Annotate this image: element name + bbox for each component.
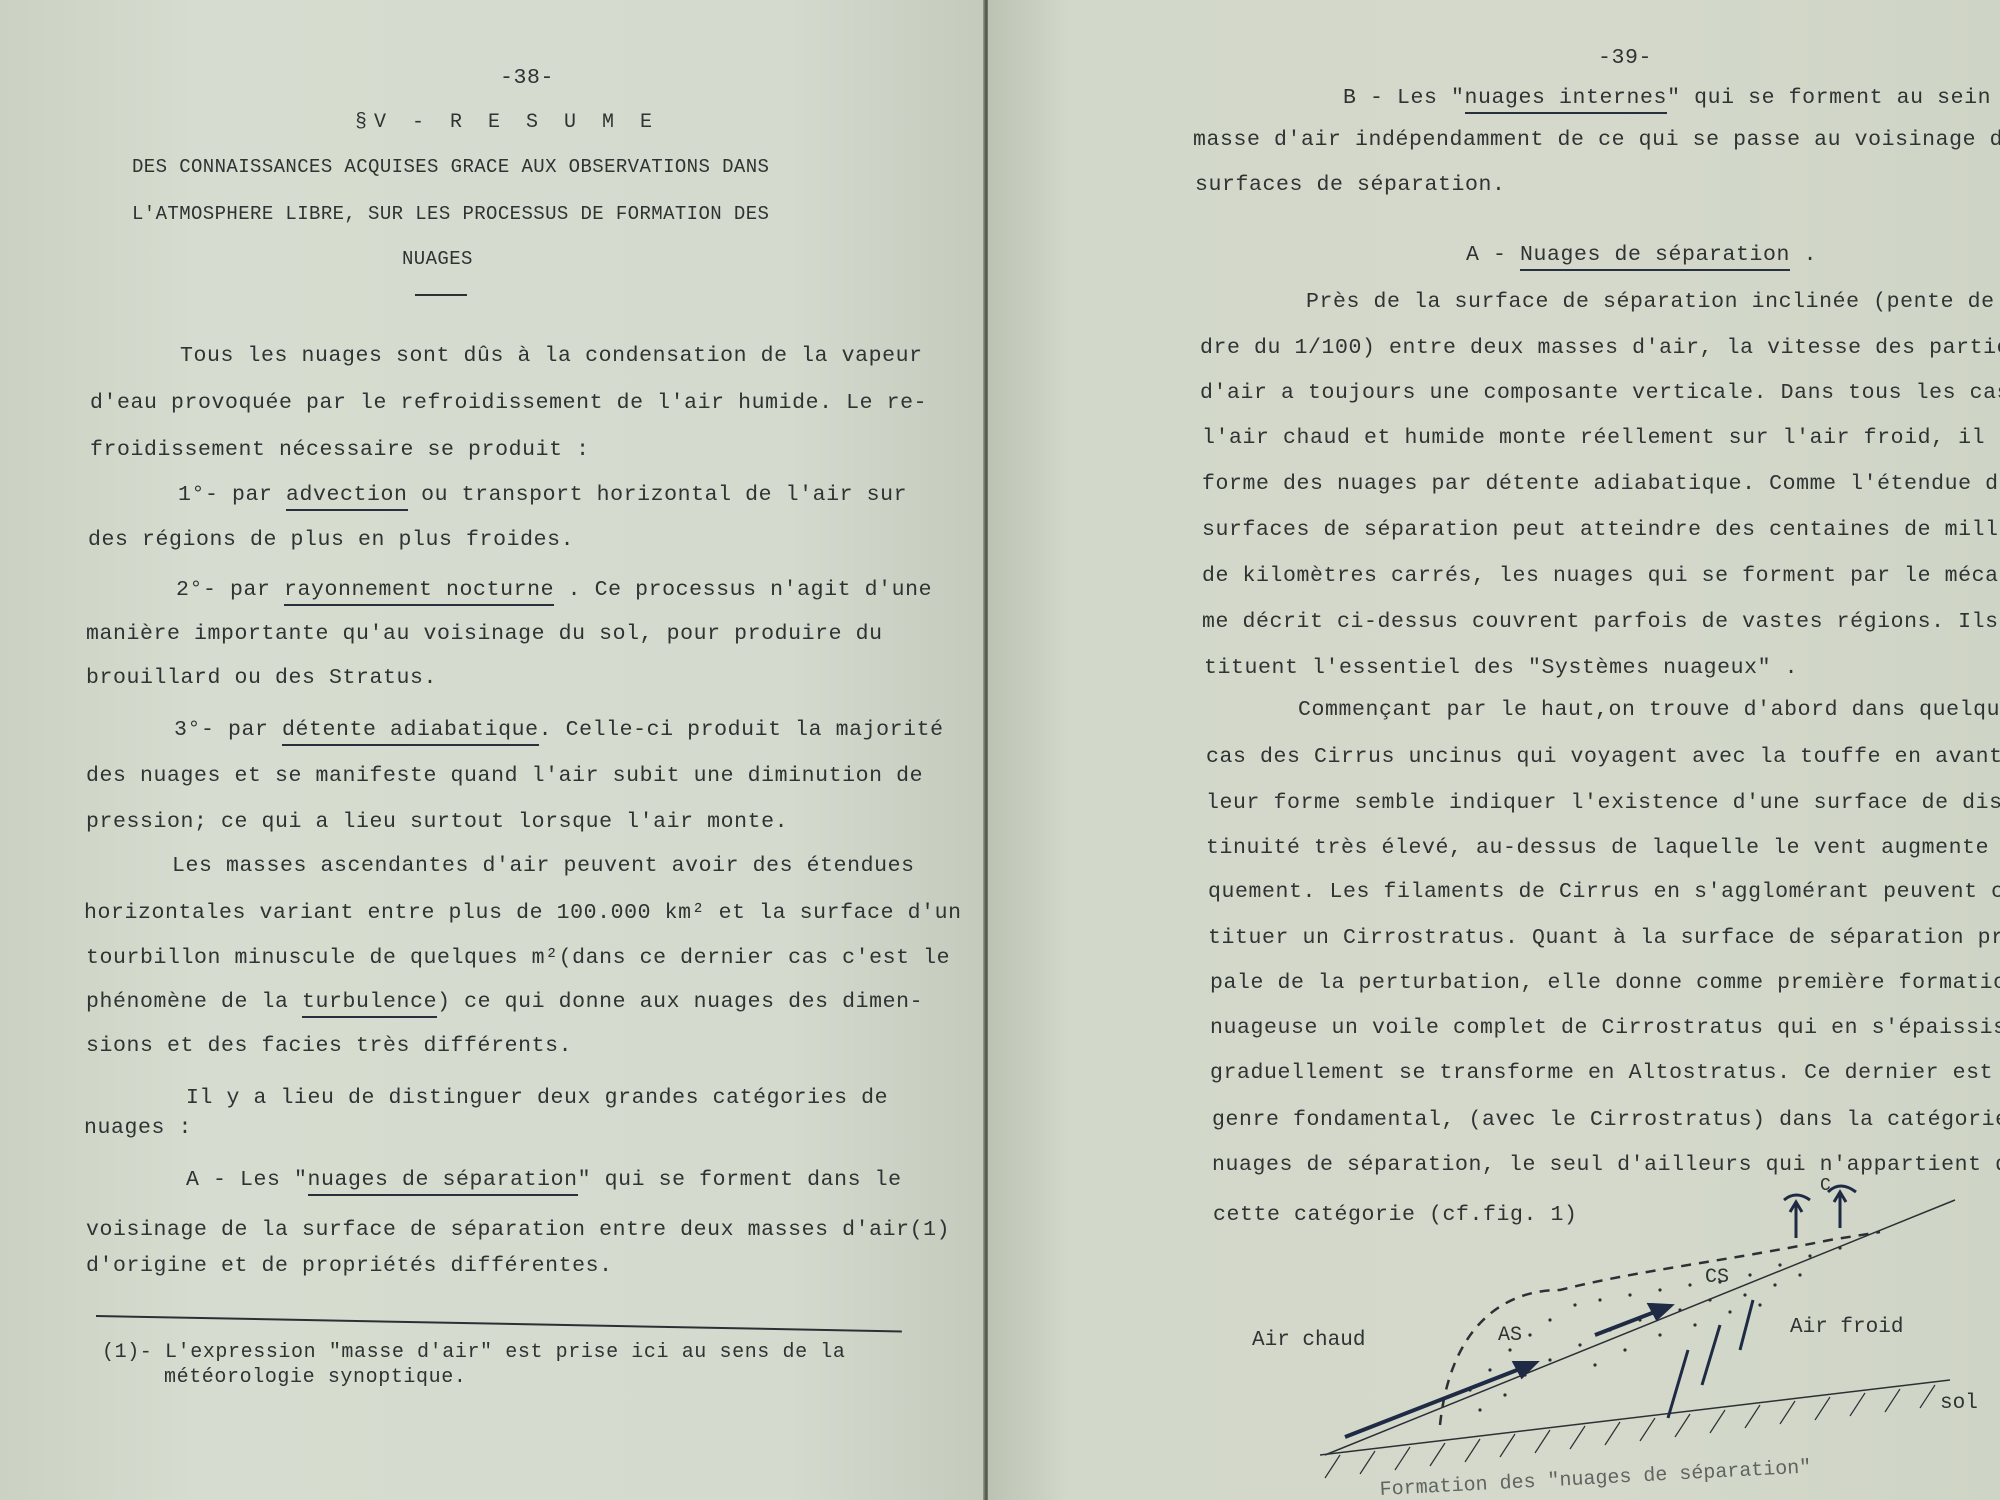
surface-line: [1320, 1380, 1950, 1455]
right-page: -39- B - Les "nuages internes" qui se fo…: [988, 0, 2000, 1500]
item-3-line-3: pression; ce qui a lieu surtout lorsque …: [86, 812, 788, 834]
intro-line-2: d'eau provoquée par le refroidissement d…: [90, 393, 927, 415]
title-line-2: L'ATMOSPHERE LIBRE, SUR LES PROCESSUS DE…: [132, 205, 769, 224]
title-line-3: NUAGES: [402, 250, 473, 269]
title-line-1: DES CONNAISSANCES ACQUISES GRACE AUX OBS…: [132, 158, 769, 177]
label-cold-air: Air froid: [1790, 1316, 1903, 1339]
masses-line-1: Les masses ascendantes d'air peuvent avo…: [172, 856, 915, 878]
category-a-line-2: voisinage de la surface de séparation en…: [86, 1220, 950, 1242]
footnote-line-1: (1)- L'expression "masse d'air" est pris…: [102, 1343, 846, 1363]
label-cirrus: C: [1820, 1176, 1831, 1196]
term-rayonnement-nocturne: rayonnement nocturne: [284, 578, 554, 606]
item-2-line-3: brouillard ou des Stratus.: [86, 668, 437, 690]
item-2-line-2: manière importante qu'au voisinage du so…: [86, 624, 883, 646]
item-3-line-2: des nuages et se manifeste quand l'air s…: [86, 766, 923, 788]
item-1: 1°- par advection ou transport horizonta…: [178, 485, 907, 507]
footnote-divider: [96, 1315, 902, 1332]
categories-line-2: nuages :: [84, 1118, 192, 1140]
categories-line-1: Il y a lieu de distinguer deux grandes c…: [186, 1088, 888, 1110]
item-1-line-2: des régions de plus en plus froides.: [88, 530, 574, 552]
label-ground: sol: [1940, 1392, 1978, 1415]
label-warm-air: Air chaud: [1252, 1329, 1365, 1352]
label-cirrostratus: CS: [1705, 1266, 1729, 1289]
masses-line-3: tourbillon minuscule de quelques m²(dans…: [86, 948, 950, 970]
item-3: 3°- par détente adiabatique. Celle-ci pr…: [174, 720, 944, 742]
intro-line-1: Tous les nuages sont dûs à la condensati…: [180, 346, 923, 368]
term-turbulence: turbulence: [302, 990, 437, 1018]
footnote-line-2: météorologie synoptique.: [164, 1368, 466, 1388]
page-number: -38-: [500, 68, 554, 90]
left-page: -38- §V - R E S U M E DES CONNAISSANCES …: [0, 0, 985, 1500]
cold-air-arrows: [1668, 1300, 1753, 1418]
ground-hatching: [1325, 1385, 1935, 1478]
item-2: 2°- par rayonnement nocturne . Ce proces…: [176, 580, 932, 602]
category-a: A - Les "nuages de séparation" qui se fo…: [186, 1170, 902, 1192]
figure-frontal-cloud-diagram: Air chaud Air froid sol AS CS C Formatio…: [988, 0, 2000, 1500]
section-heading: §V - R E S U M E: [355, 113, 659, 133]
category-a-line-3: d'origine et de propriétés différentes.: [86, 1256, 613, 1278]
term-advection: advection: [286, 483, 408, 511]
intro-line-3: froidissement nécessaire se produit :: [90, 440, 590, 462]
term-detente-adiabatique: détente adiabatique: [282, 718, 539, 746]
masses-line-5: sions et des facies très différents.: [86, 1036, 572, 1058]
masses-line-4: phénomène de la turbulence) ce qui donne…: [86, 992, 923, 1014]
title-divider: [415, 294, 467, 296]
term-nuages-de-separation: nuages de séparation: [308, 1168, 578, 1196]
figure-caption: Formation des "nuages de séparation": [1379, 1456, 1812, 1500]
masses-line-2: horizontales variant entre plus de 100.0…: [84, 903, 962, 925]
label-altostratus: AS: [1498, 1324, 1522, 1347]
